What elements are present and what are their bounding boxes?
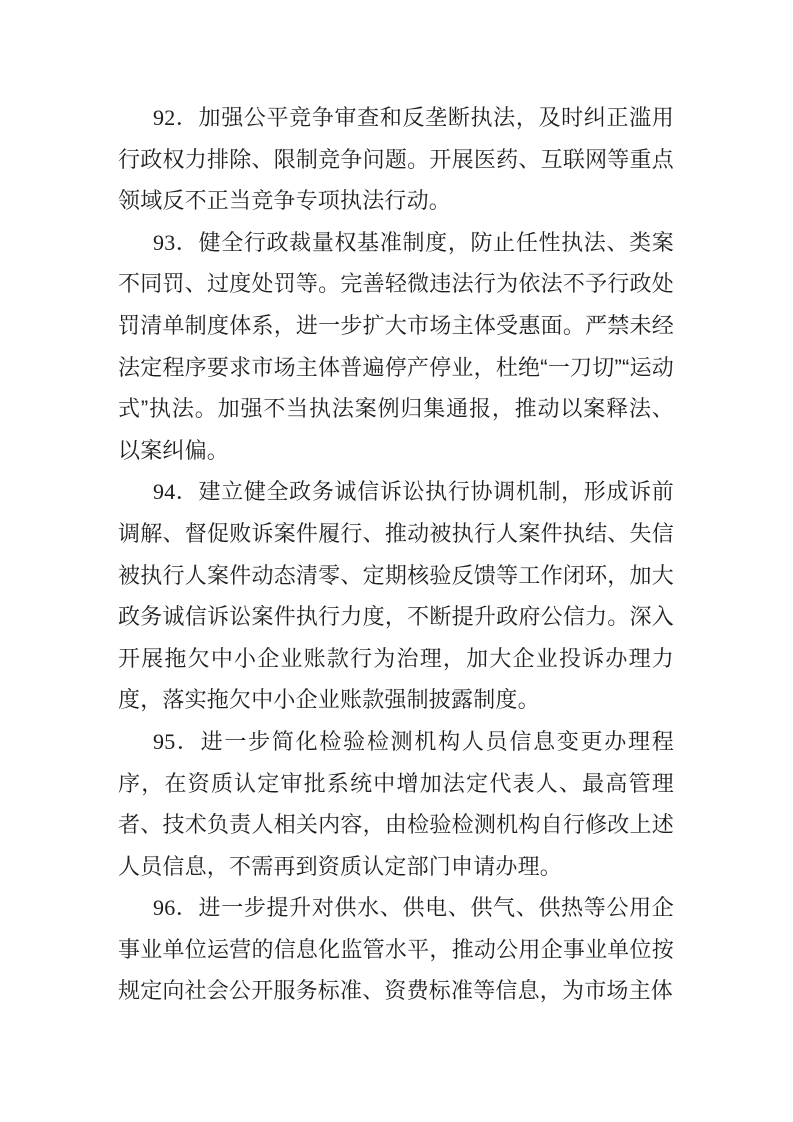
paragraph-number: 93． (153, 230, 199, 255)
paragraph: 95．进一步简化检验检测机构人员信息变更办理程序，在资质认定审批系统中增加法定代… (118, 721, 674, 887)
document-page: 92．加强公平竞争审查和反垄断执法，及时纠正滥用行政权力排除、限制竞争问题。开展… (0, 0, 793, 1122)
paragraph-text: 健全行政裁量权基准制度，防止任性执法、类案不同罚、过度处罚等。完善轻微违法行为依… (118, 230, 674, 463)
paragraph: 92．加强公平竞争审查和反垄断执法，及时纠正滥用行政权力排除、限制竞争问题。开展… (118, 97, 674, 222)
paragraph-number: 94． (153, 479, 199, 504)
paragraph-number: 95． (153, 729, 201, 754)
paragraph-text: 进一步简化检验检测机构人员信息变更办理程序，在资质认定审批系统中增加法定代表人、… (118, 729, 674, 879)
paragraph: 96．进一步提升对供水、供电、供气、供热等公用企事业单位运营的信息化监管水平，推… (118, 887, 674, 1012)
text-block: 92．加强公平竞争审查和反垄断执法，及时纠正滥用行政权力排除、限制竞争问题。开展… (118, 97, 674, 1012)
paragraph-text: 加强公平竞争审查和反垄断执法，及时纠正滥用行政权力排除、限制竞争问题。开展医药、… (118, 105, 674, 213)
paragraph-text: 进一步提升对供水、供电、供气、供热等公用企事业单位运营的信息化监管水平，推动公用… (118, 895, 674, 1003)
paragraph-number: 96． (153, 895, 199, 920)
paragraph: 94．建立健全政务诚信诉讼执行协调机制，形成诉前调解、督促败诉案件履行、推动被执… (118, 471, 674, 721)
paragraph-number: 92． (153, 105, 199, 130)
paragraph-text: 建立健全政务诚信诉讼执行协调机制，形成诉前调解、督促败诉案件履行、推动被执行人案… (118, 479, 674, 712)
paragraph: 93．健全行政裁量权基准制度，防止任性执法、类案不同罚、过度处罚等。完善轻微违法… (118, 222, 674, 472)
